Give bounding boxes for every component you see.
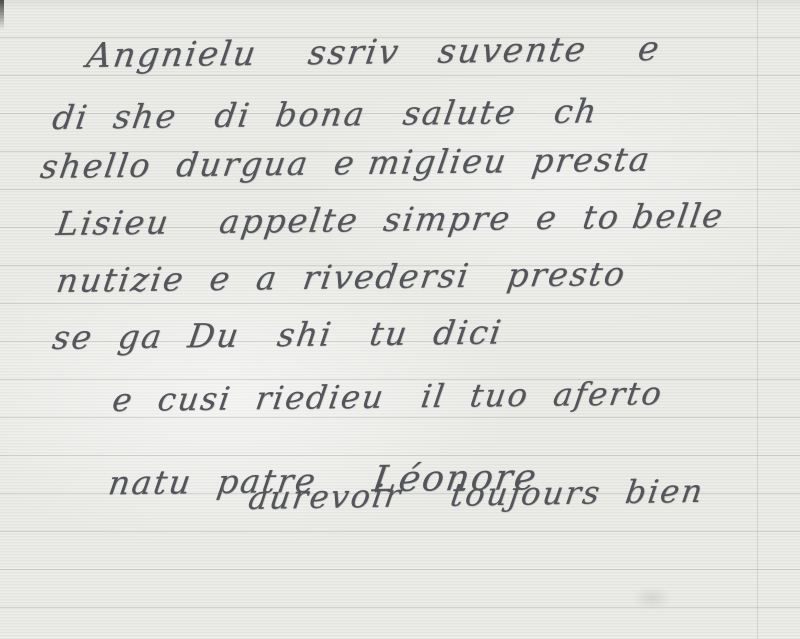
handwritten-line-2: di she di bona salute ch (50, 91, 601, 137)
vertical-rule-line (757, 0, 758, 639)
paper-smudge (632, 586, 672, 610)
handwritten-line-4: Lisieu appelte simpre e to belle (54, 196, 727, 243)
handwritten-line-6: se ga Du shi tu dici (50, 313, 505, 357)
handwritten-line-1: Angnielu ssriv suvente e (84, 29, 663, 76)
handwritten-line-9: aurevoir toujours bien (246, 472, 707, 517)
handwritten-line-7: e cusi riedieu il tuo aferto (110, 374, 666, 419)
scan-edge-shadow (0, 0, 4, 30)
letter-page: Angnielu ssriv suvente e di she di bona … (0, 0, 800, 639)
handwritten-line-5: nutizie e a rivedersi presto (54, 254, 629, 300)
handwritten-line-3: shello durgua e miglieu presta (38, 140, 654, 186)
